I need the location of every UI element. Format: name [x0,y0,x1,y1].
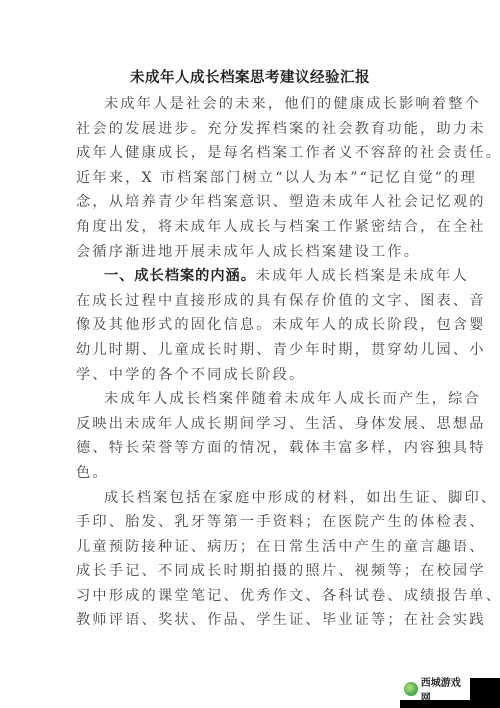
text-line: 在成长过程中直接形成的具有保存价值的文字、图表、音 [76,289,422,314]
text-line: 手印、胎发、乳牙等第一手资料；在医院产生的体检表、 [76,510,422,535]
text-line: 角度出发，将未成年人成长与档案工作紧密结合，在全社 [76,215,422,240]
text-line: 近年来，X 市档案部门树立“以人为本”“记忆自觉”的理 [76,166,422,191]
text-line: 儿童预防接种证、病历；在日常生活中产生的童言趣语、 [76,535,422,560]
paragraph-section-1: 一、成长档案的内涵。未成年人成长档案是未成年人 在成长过程中直接形成的具有保存价… [76,264,422,387]
text-line: 念，从培养青少年档案意识、塑造未成年人社会记忆观的 [76,190,422,215]
text-line: 学、中学的各个不同成长阶段。 [76,363,422,388]
watermark-shadow [400,700,470,708]
document-title: 未成年人成长档案思考建议经验汇报 [0,66,500,87]
text-line: 幼儿时期、儿童成长时期、青少年时期，贯穿幼儿园、小 [76,338,422,363]
text-line: 未成年人是社会的未来，他们的健康成长影响着整个 [76,92,422,117]
text-line: 教师评语、奖状、作品、学生证、毕业证等；在社会实践 [76,608,422,633]
paragraph-features: 未成年人成长档案伴随着未成年人成长而产生，综合 反映出未成年人成长期间学习、生活… [76,387,422,485]
text-line: 习中形成的课堂笔记、优秀作文、各科试卷、成绩报告单、 [76,584,422,609]
text-line: 反映出未成年人成长期间学习、生活、身体发展、思想品 [76,412,422,437]
text-line: 成长手记、不同成长时期拍摄的照片、视频等；在校园学 [76,559,422,584]
site-watermark: 西城游戏网 [400,678,500,708]
text-span: 未成年人成长档案是未成年人 [256,268,469,284]
watermark-badge: 西城游戏网 [400,678,470,700]
text-line: 一、成长档案的内涵。未成年人成长档案是未成年人 [76,264,422,289]
document-page: 未成年人成长档案思考建议经验汇报 未成年人是社会的未来，他们的健康成长影响着整个… [0,0,500,708]
text-line: 未成年人成长档案伴随着未成年人成长而产生，综合 [76,387,422,412]
watermark-shadow [470,678,500,708]
text-line: 成长档案包括在家庭中形成的材料，如出生证、脚印、 [76,486,422,511]
text-line: 德、特长荣誉等方面的情况，载体丰富多样，内容独具特 [76,436,422,461]
paragraph-contents: 成长档案包括在家庭中形成的材料，如出生证、脚印、 手印、胎发、乳牙等第一手资料；… [76,486,422,634]
leaf-logo-icon [404,682,418,696]
text-line: 会循序渐进地开展未成年人成长档案建设工作。 [76,240,422,265]
text-line: 色。 [76,461,422,486]
section-heading: 一、成长档案的内涵。 [104,268,256,284]
document-body: 未成年人是社会的未来，他们的健康成长影响着整个 社会的发展进步。充分发挥档案的社… [76,92,422,633]
text-line: 社会的发展进步。充分发挥档案的社会教育功能，助力未 [76,117,422,142]
paragraph-intro: 未成年人是社会的未来，他们的健康成长影响着整个 社会的发展进步。充分发挥档案的社… [76,92,422,264]
text-line: 像及其他形式的固化信息。未成年人的成长阶段，包含婴 [76,313,422,338]
text-line: 成年人健康成长，是每名档案工作者义不容辞的社会责任。 [76,141,422,166]
